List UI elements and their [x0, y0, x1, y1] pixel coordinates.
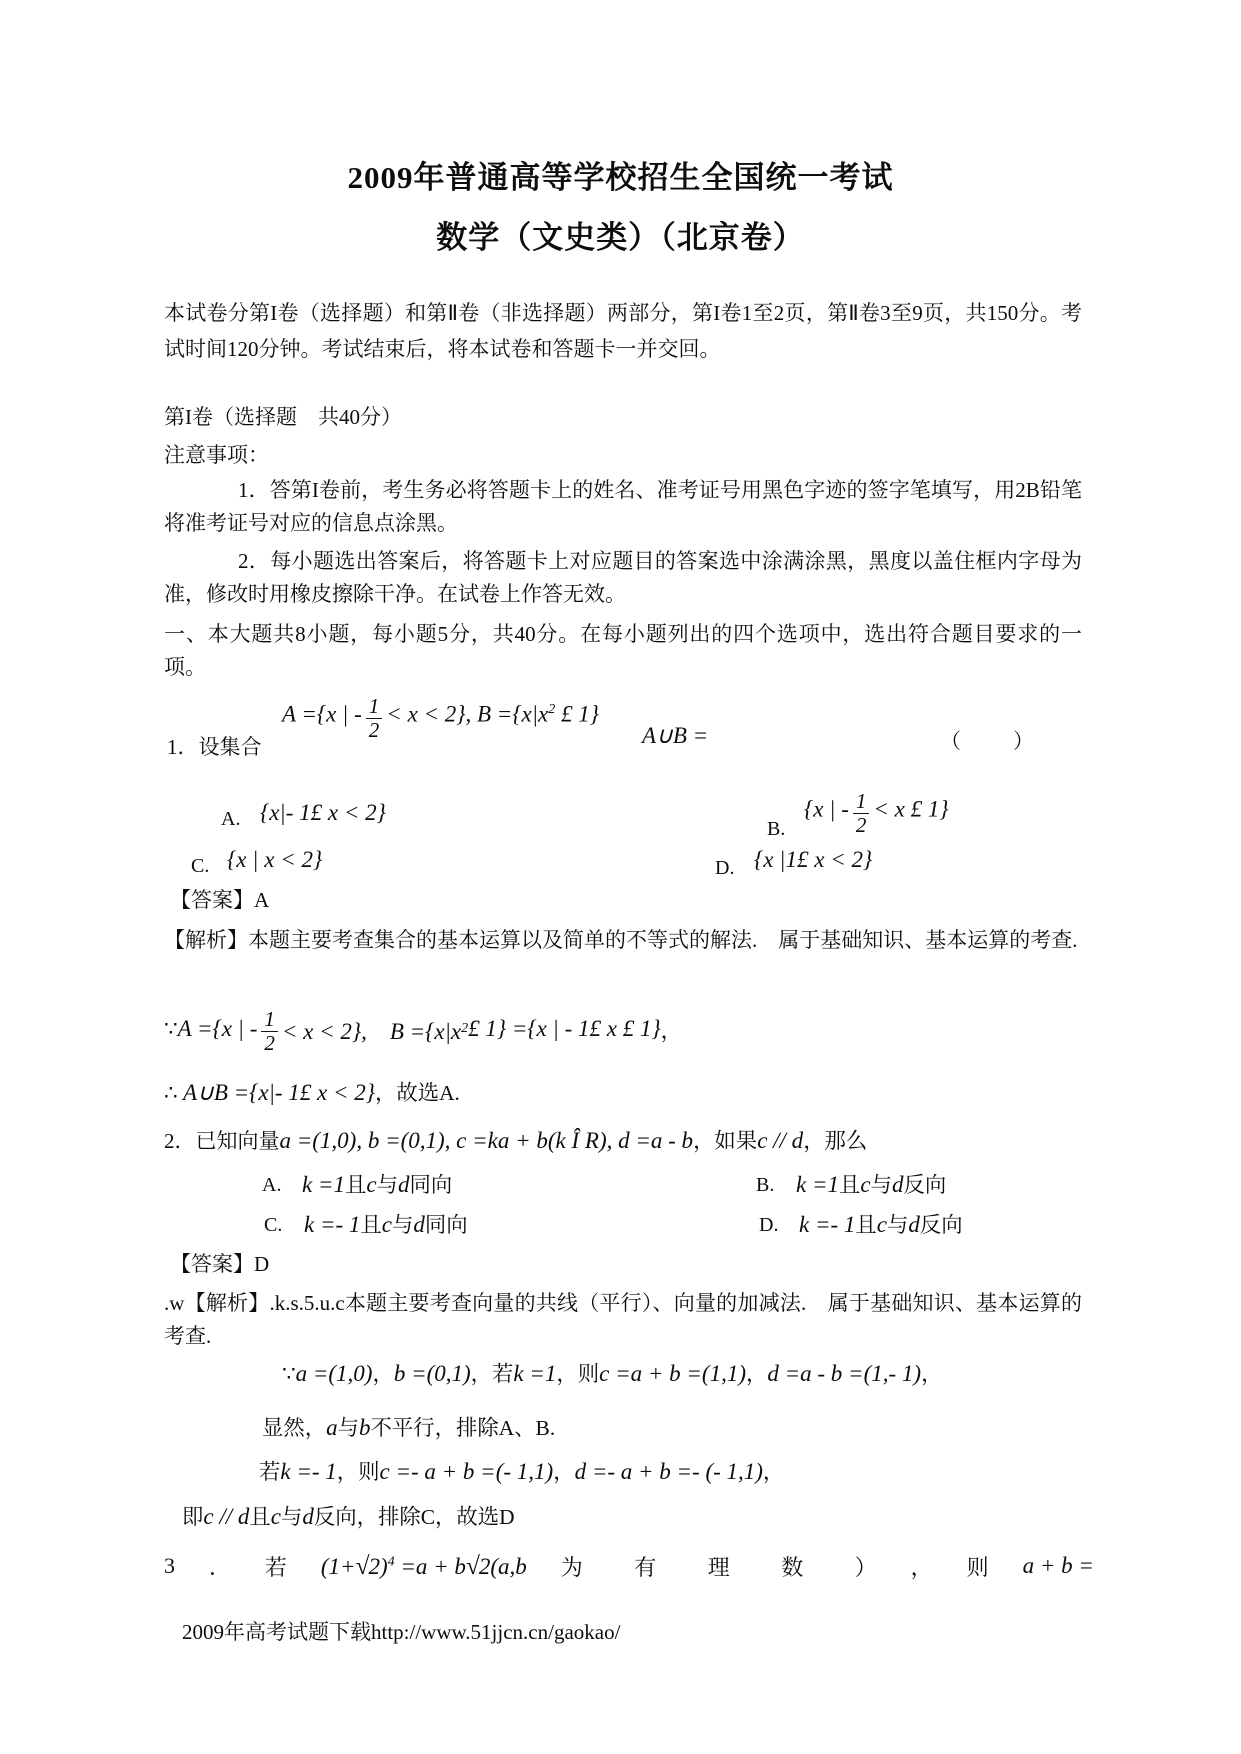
math-italic-text: A ={x | - [282, 701, 362, 726]
question-3-number: 3 [164, 1553, 175, 1579]
part-one-instructions: 一、本大题共8小题，每小题5分，共40分。在每小题列出的四个选项中，选出符合题目… [164, 618, 1082, 684]
math-italic-text: {x | - [804, 796, 849, 821]
math-upright-text: 同向 [409, 1173, 452, 1197]
math-italic-text: d =a - b =(1,- 1) [767, 1361, 921, 1386]
fraction: 12 [366, 695, 383, 741]
question-3-if-word: 若 [265, 1551, 287, 1582]
fraction: 12 [853, 790, 870, 836]
option-a-formula: {x|- 1£ x < 2} [260, 800, 386, 826]
math-italic-text: c [877, 1212, 887, 1237]
math-italic-text: c [271, 1504, 281, 1529]
question-2-work-line-1: ∵a =(1,0)，b =(0,1)，若k =1，则c =a + b =(1,1… [164, 1357, 1094, 1388]
math-italic-text: c [860, 1172, 870, 1197]
math-upright-text: 且 [360, 1213, 381, 1237]
radical: √2 [466, 1554, 490, 1579]
radicand: 2 [479, 1554, 491, 1579]
math-italic-text: A∪B ={x|- 1£ x < 2} [183, 1080, 375, 1105]
question-1-analysis: 【解析】本题主要考查集合的基本运算以及简单的不等式的解法. 属于基础知识、基本运… [164, 924, 1082, 957]
question-2-formula: a =(1,0), b =(0,1), c =ka + b(k Î R), d … [280, 1124, 868, 1155]
question-2-work-line-4: 即c // d且c与d反向，排除C，故选D [164, 1500, 1094, 1531]
option-b-label: B. [767, 818, 785, 841]
option-a-formula: k =1且c与d同向 [302, 1168, 452, 1199]
math-italic-text: < x £ 1} [873, 796, 948, 821]
math-italic-text: c =- a + b =(- 1,1) [380, 1459, 554, 1484]
math-italic-text: c [382, 1212, 392, 1237]
intro-paragraph: 本试卷分第I卷（选择题）和第Ⅱ卷（非选择题）两部分，第I卷1至2页，第Ⅱ卷3至9… [164, 295, 1082, 367]
math-italic-text: d [908, 1212, 920, 1237]
question-1-union-formula: A∪B = [642, 723, 708, 749]
fraction-numerator: 1 [856, 790, 867, 813]
question-1-derivation-since: ∵ A ={x | -12< x < 2}, B ={x|x2 £ 1} ={x… [164, 1000, 1094, 1058]
option-d-label: D. [715, 857, 734, 880]
exam-document-page: 2009年普通高等学校招生全国统一考试 数学（文史类）（北京卷） 本试卷分第I卷… [0, 0, 1241, 1754]
math-italic-text: d [398, 1172, 410, 1197]
question-1-answer-line: 【答案】A [164, 884, 1094, 914]
math-upright-text: 反向 [903, 1173, 946, 1197]
radical-sign: √ [466, 1552, 480, 1580]
question-2-options-row-1: A. k =1且c与d同向 B. k =1且c与d反向 [164, 1168, 1094, 1208]
math-italic-text: d =- a + b =- (- 1,1) [575, 1459, 763, 1484]
question-1-options-row-2: C. {x | x < 2} D. {x |1£ x < 2} [164, 845, 1094, 885]
math-italic-text: < x < 2}, B ={x|x [282, 1013, 461, 1046]
math-italic-text: k =1 [513, 1361, 556, 1386]
math-upright-text: ， [372, 1362, 393, 1386]
question-2-number: 2．已知向量 [164, 1125, 280, 1155]
math-upright-text: ， [553, 1460, 574, 1484]
math-upright-text: 与 [377, 1173, 398, 1197]
note-item-2: 2．每小题选出答案后，将答题卡上对应题目的答案选中涂满涂黑，黑度以盖住框内字母为… [164, 545, 1082, 611]
question-1-number: 1．设集合 [167, 731, 262, 761]
fraction-numerator: 1 [264, 1008, 275, 1031]
math-italic-text: c // d [203, 1504, 249, 1529]
option-d-label: D. [759, 1214, 778, 1237]
math-upright-text: ， [921, 1362, 942, 1386]
question-1-set-formula: A ={x | -12< x < 2}, B ={x|x2 £ 1} [282, 693, 599, 739]
math-italic-text: =a + b [395, 1554, 466, 1579]
math-upright-text: 不平行，排除A、B. [371, 1416, 556, 1440]
superscript: 4 [388, 1554, 395, 1569]
math-italic-text: ) [380, 1554, 388, 1579]
math-upright-text: 与 [281, 1505, 302, 1529]
math-italic-text: £ 1} ={x | - 1£ x £ 1} [468, 1016, 661, 1042]
math-upright-text: ，故选A. [375, 1081, 460, 1105]
math-upright-text: 且 [839, 1173, 860, 1197]
notes-heading: 注意事项： [164, 437, 1082, 473]
math-upright-text: ， [746, 1362, 767, 1386]
question-1-stem: 1．设集合 A ={x | -12< x < 2}, B ={x|x2 £ 1}… [164, 693, 1094, 763]
math-upright-text: 且 [855, 1213, 876, 1237]
question-3-result-formula: a + b = [1023, 1553, 1094, 1579]
math-italic-text: b [359, 1415, 371, 1440]
question-2-work-line-3: 若k =- 1，则c =- a + b =(- 1,1)，d =- a + b … [164, 1455, 1094, 1486]
option-b-label: B. [756, 1174, 774, 1197]
math-upright-text: 与 [887, 1213, 908, 1237]
math-upright-text: ，如果 [693, 1129, 757, 1153]
math-upright-text: ，若 [471, 1362, 514, 1386]
exam-title: 2009年普通高等学校招生全国统一考试 [0, 152, 1241, 197]
math-italic-text: k =- 1 [280, 1459, 336, 1484]
math-upright-text: ， [661, 1014, 682, 1045]
math-upright-text: 即 [182, 1505, 203, 1529]
question-2-work-line-2: 显然，a与b不平行，排除A、B. [164, 1411, 1094, 1442]
math-upright-text: 反向，排除C，故选D [314, 1505, 515, 1529]
math-italic-text: {x |1£ x < 2} [754, 847, 872, 872]
answer-paren-close: ） [1013, 725, 1034, 755]
math-upright-text: 与 [338, 1416, 359, 1440]
question-3-stem: 3 ． 若 (1+√2)4 =a + b√2(a,b 为 有 理 数 ） ， 则… [164, 1540, 1094, 1592]
section-one-heading: 第I卷（选择题 共40分） [164, 399, 1082, 435]
exam-subtitle: 数学（文史类）（北京卷） [0, 212, 1241, 257]
math-italic-text: {x | x < 2} [227, 847, 322, 872]
math-upright-text: ∴ [164, 1081, 183, 1105]
math-upright-text: ，则 [337, 1460, 380, 1484]
math-italic-text: k =1 [796, 1172, 839, 1197]
math-italic-text: £ 1} [555, 701, 599, 726]
question-2-answer-line: 【答案】D [164, 1248, 1094, 1278]
question-1-derivation-so: ∴ A∪B ={x|- 1£ x < 2}，故选A. [164, 1076, 1094, 1107]
question-3-spaced-text: 为 有 理 数 ） [561, 1551, 877, 1582]
math-upright-text: 若 [259, 1460, 280, 1484]
math-italic-text: A∪B = [642, 723, 708, 748]
answer-paren-open: （ [940, 725, 961, 755]
option-c-label: C. [264, 1214, 282, 1237]
math-italic-text: {x|- 1£ x < 2} [260, 800, 386, 825]
question-3-then-word: 则 [967, 1551, 989, 1582]
math-italic-text: d [302, 1504, 314, 1529]
option-c-label: C. [191, 855, 209, 878]
option-c-formula: {x | x < 2} [227, 847, 322, 873]
question-3-formula: (1+√2)4 =a + b√2(a,b [321, 1552, 527, 1581]
math-italic-text: A ={x | - [178, 1016, 258, 1042]
option-c-formula: k =- 1且c与d同向 [304, 1208, 468, 1239]
math-italic-text: c =a + b =(1,1) [599, 1361, 746, 1386]
question-2-analysis: .w【解析】.k.s.5.u.c本题主要考查向量的共线（平行）、向量的加减法. … [164, 1287, 1082, 1353]
radicand: 2 [368, 1554, 380, 1579]
answer-value: A [254, 888, 269, 912]
math-upright-text: ∵ [164, 1017, 178, 1042]
math-italic-text: d [892, 1172, 904, 1197]
math-italic-text: d [413, 1212, 425, 1237]
option-b-formula: k =1且c与d反向 [796, 1168, 946, 1199]
math-upright-text: 与 [871, 1173, 892, 1197]
math-italic-text: b =(0,1) [394, 1361, 471, 1386]
option-a-label: A. [262, 1174, 281, 1197]
math-upright-text: 与 [392, 1213, 413, 1237]
question-3-dot: ． [209, 1551, 231, 1582]
question-2-options-row-2: C. k =- 1且c与d同向 D. k =- 1且c与d反向 [164, 1208, 1094, 1248]
option-d-formula: k =- 1且c与d反向 [799, 1208, 963, 1239]
fraction: 12 [261, 1008, 278, 1054]
math-italic-text: (a,b [490, 1554, 526, 1579]
page-footer-download-url: 2009年高考试题下载http://www.51jjcn.cn/gaokao/ [182, 1616, 620, 1646]
math-italic-text: a =(1,0), b =(0,1), c =ka + b(k Î R), d … [280, 1128, 694, 1153]
question-2-stem: 2．已知向量 a =(1,0), b =(0,1), c =ka + b(k Î… [164, 1124, 1094, 1155]
math-upright-text: ，则 [556, 1362, 599, 1386]
math-upright-text: ∵ [282, 1362, 296, 1386]
math-upright-text: 同向 [425, 1213, 468, 1237]
question-3-comma: ， [911, 1551, 933, 1582]
math-upright-text: 反向 [920, 1213, 963, 1237]
radical: √2 [356, 1554, 380, 1579]
answer-label: 【答案】 [170, 888, 254, 912]
math-italic-text: a [326, 1415, 338, 1440]
option-b-formula: {x | -12< x £ 1} [804, 788, 949, 834]
math-italic-text: (1+ [321, 1554, 356, 1579]
math-upright-text: 且 [345, 1173, 366, 1197]
math-italic-text: k =1 [302, 1172, 345, 1197]
math-italic-text: c [366, 1172, 376, 1197]
math-upright-text: ，那么 [803, 1129, 867, 1153]
answer-value: D [254, 1252, 269, 1276]
fraction-numerator: 1 [369, 695, 380, 718]
math-upright-text: 且 [249, 1505, 270, 1529]
math-italic-text: c // d [757, 1128, 803, 1153]
math-italic-text: k =- 1 [304, 1212, 360, 1237]
math-italic-text: k =- 1 [799, 1212, 855, 1237]
math-italic-text: a =(1,0) [296, 1361, 373, 1386]
math-italic-text: a + b = [1023, 1553, 1094, 1578]
option-d-formula: {x |1£ x < 2} [754, 847, 872, 873]
fraction-denominator: 2 [853, 813, 870, 837]
math-italic-text: < x < 2}, B ={x|x [386, 701, 548, 726]
note-item-1: 1．答第I卷前，考生务必将答题卡上的姓名、准考证号用黑色字迹的签字笔填写，用2B… [164, 474, 1082, 540]
fraction-denominator: 2 [366, 718, 383, 742]
answer-label: 【答案】 [170, 1252, 254, 1276]
fraction-denominator: 2 [261, 1031, 278, 1055]
math-upright-text: 显然， [262, 1416, 326, 1440]
option-a-label: A. [221, 808, 240, 831]
math-upright-text: ， [763, 1460, 784, 1484]
